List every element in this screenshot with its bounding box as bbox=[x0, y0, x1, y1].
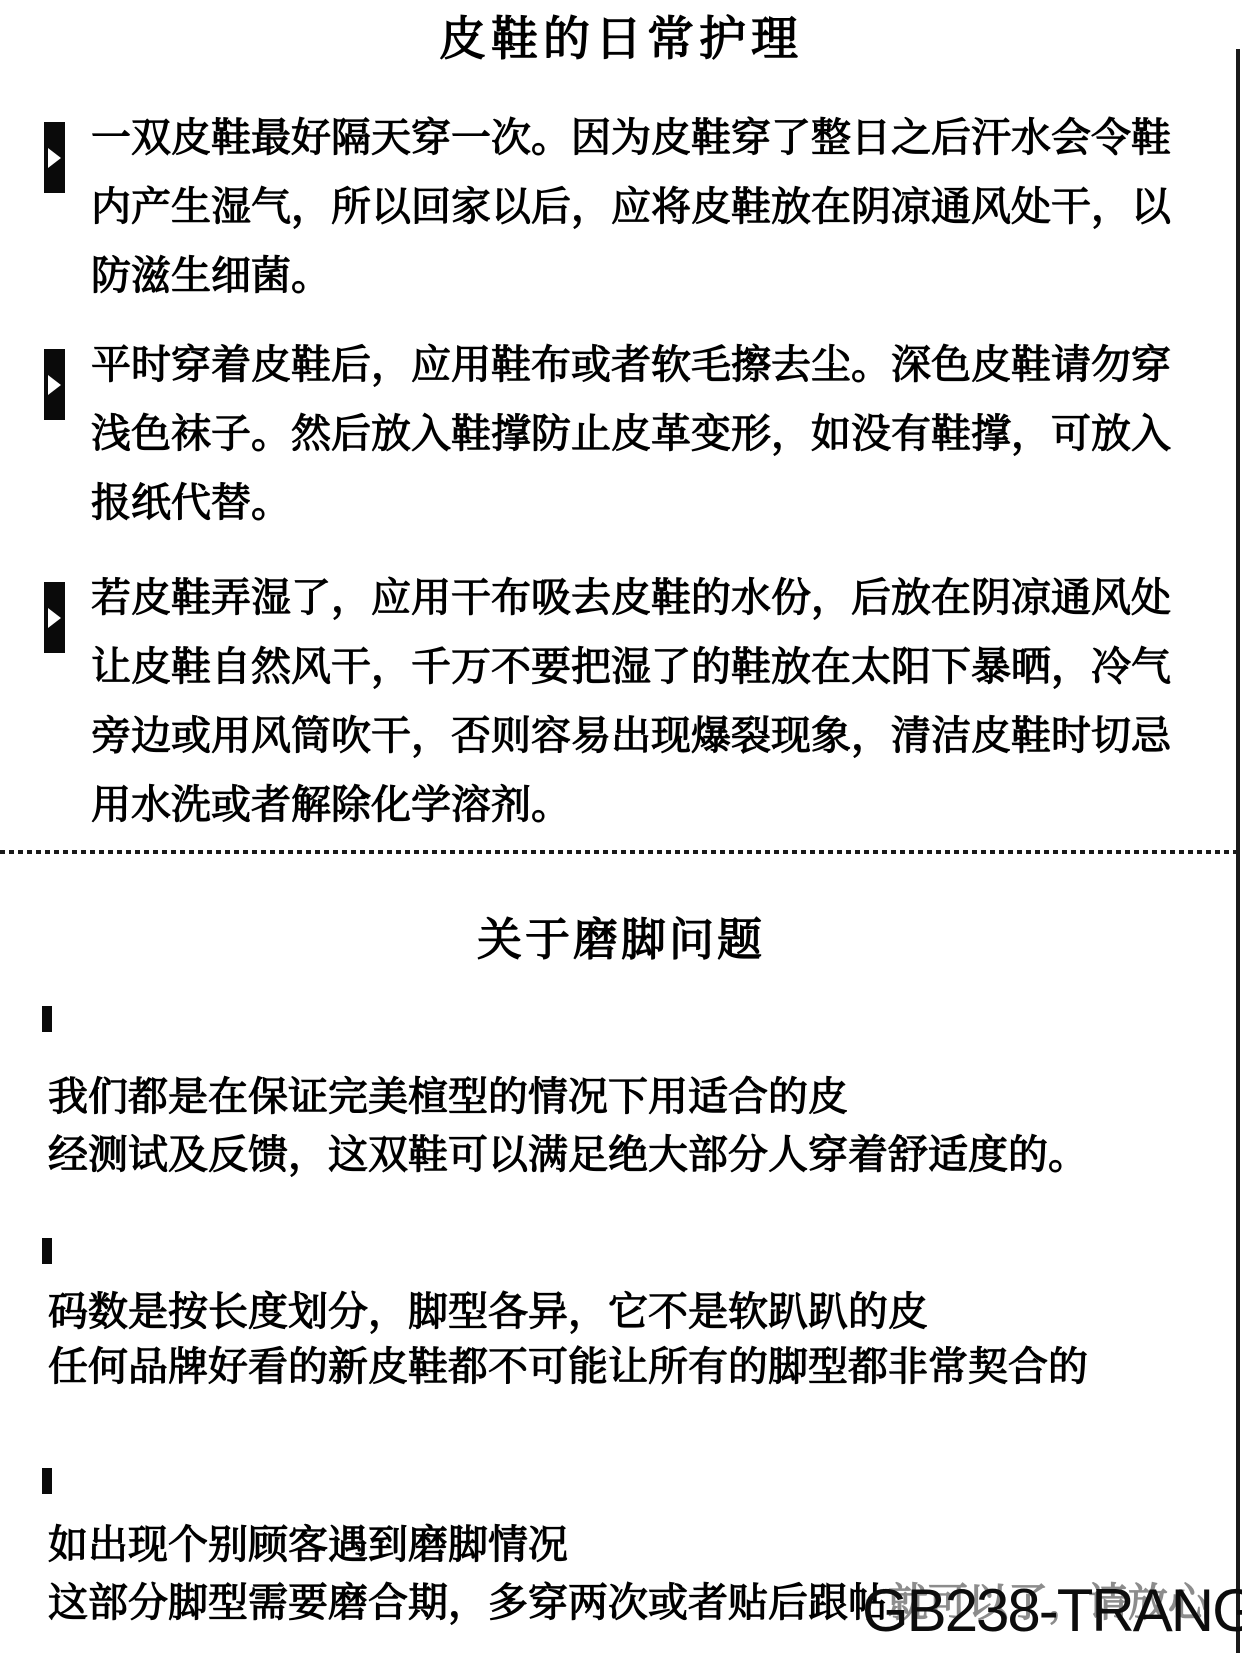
dotted-divider bbox=[0, 850, 1242, 854]
care-paragraph-1: 一双皮鞋最好隔天穿一次。因为皮鞋穿了整日之后汗水会令鞋 内产生湿气，所以回家以后… bbox=[44, 104, 1171, 311]
care-paragraph-2-text: 平时穿着皮鞋后，应用鞋布或者软毛擦去尘。深色皮鞋请勿穿 浅色袜子。然后放入鞋撑防… bbox=[91, 331, 1171, 538]
text-line: 内产生湿气，所以回家以后，应将皮鞋放在阴凉通风处干，以 bbox=[91, 173, 1171, 242]
text-line-black-part: 这部分脚型需要磨合期，多穿两次或者贴后跟帖 bbox=[48, 1580, 888, 1626]
product-description-page: 皮鞋的日常护理 一双皮鞋最好隔天穿一次。因为皮鞋穿了整日之后汗水会令鞋 内产生湿… bbox=[0, 0, 1242, 1653]
care-paragraph-3-text: 若皮鞋弄湿了，应用干布吸去皮鞋的水份，后放在阴凉通风处 让皮鞋自然风干，千万不要… bbox=[91, 564, 1171, 840]
play-bullet-icon bbox=[44, 582, 65, 653]
play-bullet-icon bbox=[44, 349, 65, 420]
play-bullet-icon bbox=[44, 122, 65, 193]
watermark-text: GB238-TRANG bbox=[862, 1576, 1242, 1645]
rubbing-paragraph-2-text: 码数是按长度划分，脚型各异，它不是软趴趴的皮 任何品牌好看的新皮鞋都不可能让所有… bbox=[48, 1285, 1088, 1395]
play-triangle-icon bbox=[48, 375, 61, 395]
text-line: 浅色袜子。然后放入鞋撑防止皮革变形，如没有鞋撑，可放入 bbox=[91, 400, 1171, 469]
text-line: 我们都是在保证完美楦型的情况下用适合的皮 bbox=[48, 1068, 1088, 1126]
care-section-title: 皮鞋的日常护理 bbox=[0, 2, 1242, 69]
play-triangle-icon bbox=[48, 148, 61, 168]
text-line: 用水洗或者解除化学溶剂。 bbox=[91, 771, 1171, 840]
text-line: 任何品牌好看的新皮鞋都不可能让所有的脚型都非常契合的 bbox=[48, 1340, 1088, 1395]
text-line: 经测试及反馈，这双鞋可以满足绝大部分人穿着舒适度的。 bbox=[48, 1126, 1088, 1184]
rubbing-section-title: 关于磨脚问题 bbox=[0, 903, 1242, 968]
text-line: 一双皮鞋最好隔天穿一次。因为皮鞋穿了整日之后汗水会令鞋 bbox=[91, 104, 1171, 173]
bar-bullet-icon bbox=[42, 1468, 52, 1494]
text-line: 旁边或用风筒吹干，否则容易出现爆裂现象，清洁皮鞋时切忌 bbox=[91, 702, 1171, 771]
care-paragraph-2: 平时穿着皮鞋后，应用鞋布或者软毛擦去尘。深色皮鞋请勿穿 浅色袜子。然后放入鞋撑防… bbox=[44, 331, 1171, 538]
text-line: 如出现个别顾客遇到磨脚情况 bbox=[48, 1516, 1208, 1574]
right-edge-line bbox=[1236, 49, 1240, 1653]
text-line: 若皮鞋弄湿了，应用干布吸去皮鞋的水份，后放在阴凉通风处 bbox=[91, 564, 1171, 633]
text-line: 平时穿着皮鞋后，应用鞋布或者软毛擦去尘。深色皮鞋请勿穿 bbox=[91, 331, 1171, 400]
care-paragraph-3: 若皮鞋弄湿了，应用干布吸去皮鞋的水份，后放在阴凉通风处 让皮鞋自然风干，千万不要… bbox=[44, 564, 1171, 840]
bar-bullet-icon bbox=[42, 1006, 52, 1032]
rubbing-paragraph-1-text: 我们都是在保证完美楦型的情况下用适合的皮 经测试及反馈，这双鞋可以满足绝大部分人… bbox=[48, 1068, 1088, 1184]
care-paragraph-1-text: 一双皮鞋最好隔天穿一次。因为皮鞋穿了整日之后汗水会令鞋 内产生湿气，所以回家以后… bbox=[91, 104, 1171, 311]
play-triangle-icon bbox=[48, 608, 61, 628]
text-line: 码数是按长度划分，脚型各异，它不是软趴趴的皮 bbox=[48, 1285, 1088, 1340]
text-line: 防滋生细菌。 bbox=[91, 242, 1171, 311]
text-line: 让皮鞋自然风干，千万不要把湿了的鞋放在太阳下暴晒，冷气 bbox=[91, 633, 1171, 702]
bar-bullet-icon bbox=[42, 1238, 52, 1264]
text-line: 报纸代替。 bbox=[91, 469, 1171, 538]
